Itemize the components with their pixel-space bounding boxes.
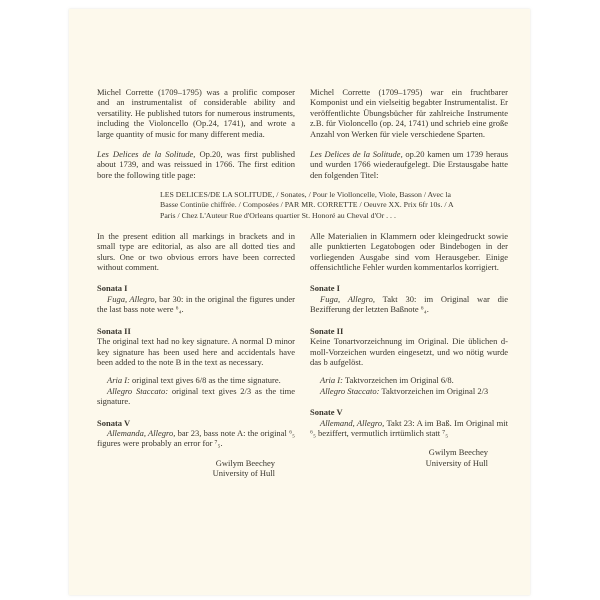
editor-affiliation: University of Hull <box>310 458 488 468</box>
sonata2-note-de: Keine Tonartvorzeichnung im Original. Di… <box>310 336 508 367</box>
page-content: Michel Corrette (1709–1795) was a prolif… <box>69 9 530 479</box>
publication-paragraph-en: Les Delices de la Solitude, Op.20, was f… <box>97 149 295 180</box>
sonata2-heading-de: Sonate II <box>310 326 508 336</box>
sonata2-aria-note-en: Aria I: original text gives 6/8 as the t… <box>97 375 295 385</box>
column-english-editorial: In the present edition all markings in b… <box>97 231 295 479</box>
sonata2-heading-en: Sonata II <box>97 326 295 336</box>
sonata1-note-en: Fuga, Allegro, bar 30: in the original t… <box>97 294 295 315</box>
sonata5-note-en: Allemanda, Allegro, bar 23, bass note A:… <box>97 428 295 449</box>
sonata2-note-en: The original text had no key signature. … <box>97 336 295 367</box>
sonata5-note-de: Allemand, Allegro, Takt 23: A im Baß. Im… <box>310 418 508 439</box>
column-german-editorial: Alle Materialien in Klammern oder kleing… <box>310 231 508 479</box>
intro-columns: Michel Corrette (1709–1795) was a prolif… <box>97 87 508 190</box>
sonata1-heading-de: Sonate I <box>310 283 508 293</box>
sonata2-aria-note-de: Aria I: Taktvorzeichen im Original 6/8. <box>310 375 508 385</box>
column-english: Michel Corrette (1709–1795) was a prolif… <box>97 87 295 190</box>
document-page: Michel Corrette (1709–1795) was a prolif… <box>69 9 530 595</box>
editor-name: Gwilym Beechey <box>97 458 275 468</box>
sonata1-note-de: Fuga, Allegro, Takt 30: im Original war … <box>310 294 508 315</box>
column-german: Michel Corrette (1709–1795) war ein fruc… <box>310 87 508 190</box>
editor-name: Gwilym Beechey <box>310 447 488 457</box>
sonata2-allegro-note-en: Allegro Staccato: original text gives 2/… <box>97 386 295 407</box>
sonata5-heading-en: Sonata V <box>97 418 295 428</box>
editorial-note-de: Alle Materialien in Klammern oder kleing… <box>310 231 508 273</box>
sonata1-heading-en: Sonata I <box>97 283 295 293</box>
editor-signature-en: Gwilym Beechey University of Hull <box>97 458 295 479</box>
sonata5-heading-de: Sonate V <box>310 407 508 417</box>
original-title-page-quote: LES DELICES/DE LA SOLITUDE, / Sonates, /… <box>160 190 454 221</box>
publication-paragraph-de: Les Delices de la Solitude, op.20 kamen … <box>310 149 508 180</box>
intro-paragraph-de: Michel Corrette (1709–1795) war ein fruc… <box>310 87 508 139</box>
intro-paragraph-en: Michel Corrette (1709–1795) was a prolif… <box>97 87 295 139</box>
editor-affiliation: University of Hull <box>97 468 275 478</box>
editor-signature-de: Gwilym Beechey University of Hull <box>310 447 508 468</box>
editorial-columns: In the present edition all markings in b… <box>97 231 508 479</box>
editorial-note-en: In the present edition all markings in b… <box>97 231 295 273</box>
sonata2-allegro-note-de: Allegro Staccato: Taktvorzeichen im Orig… <box>310 386 508 396</box>
